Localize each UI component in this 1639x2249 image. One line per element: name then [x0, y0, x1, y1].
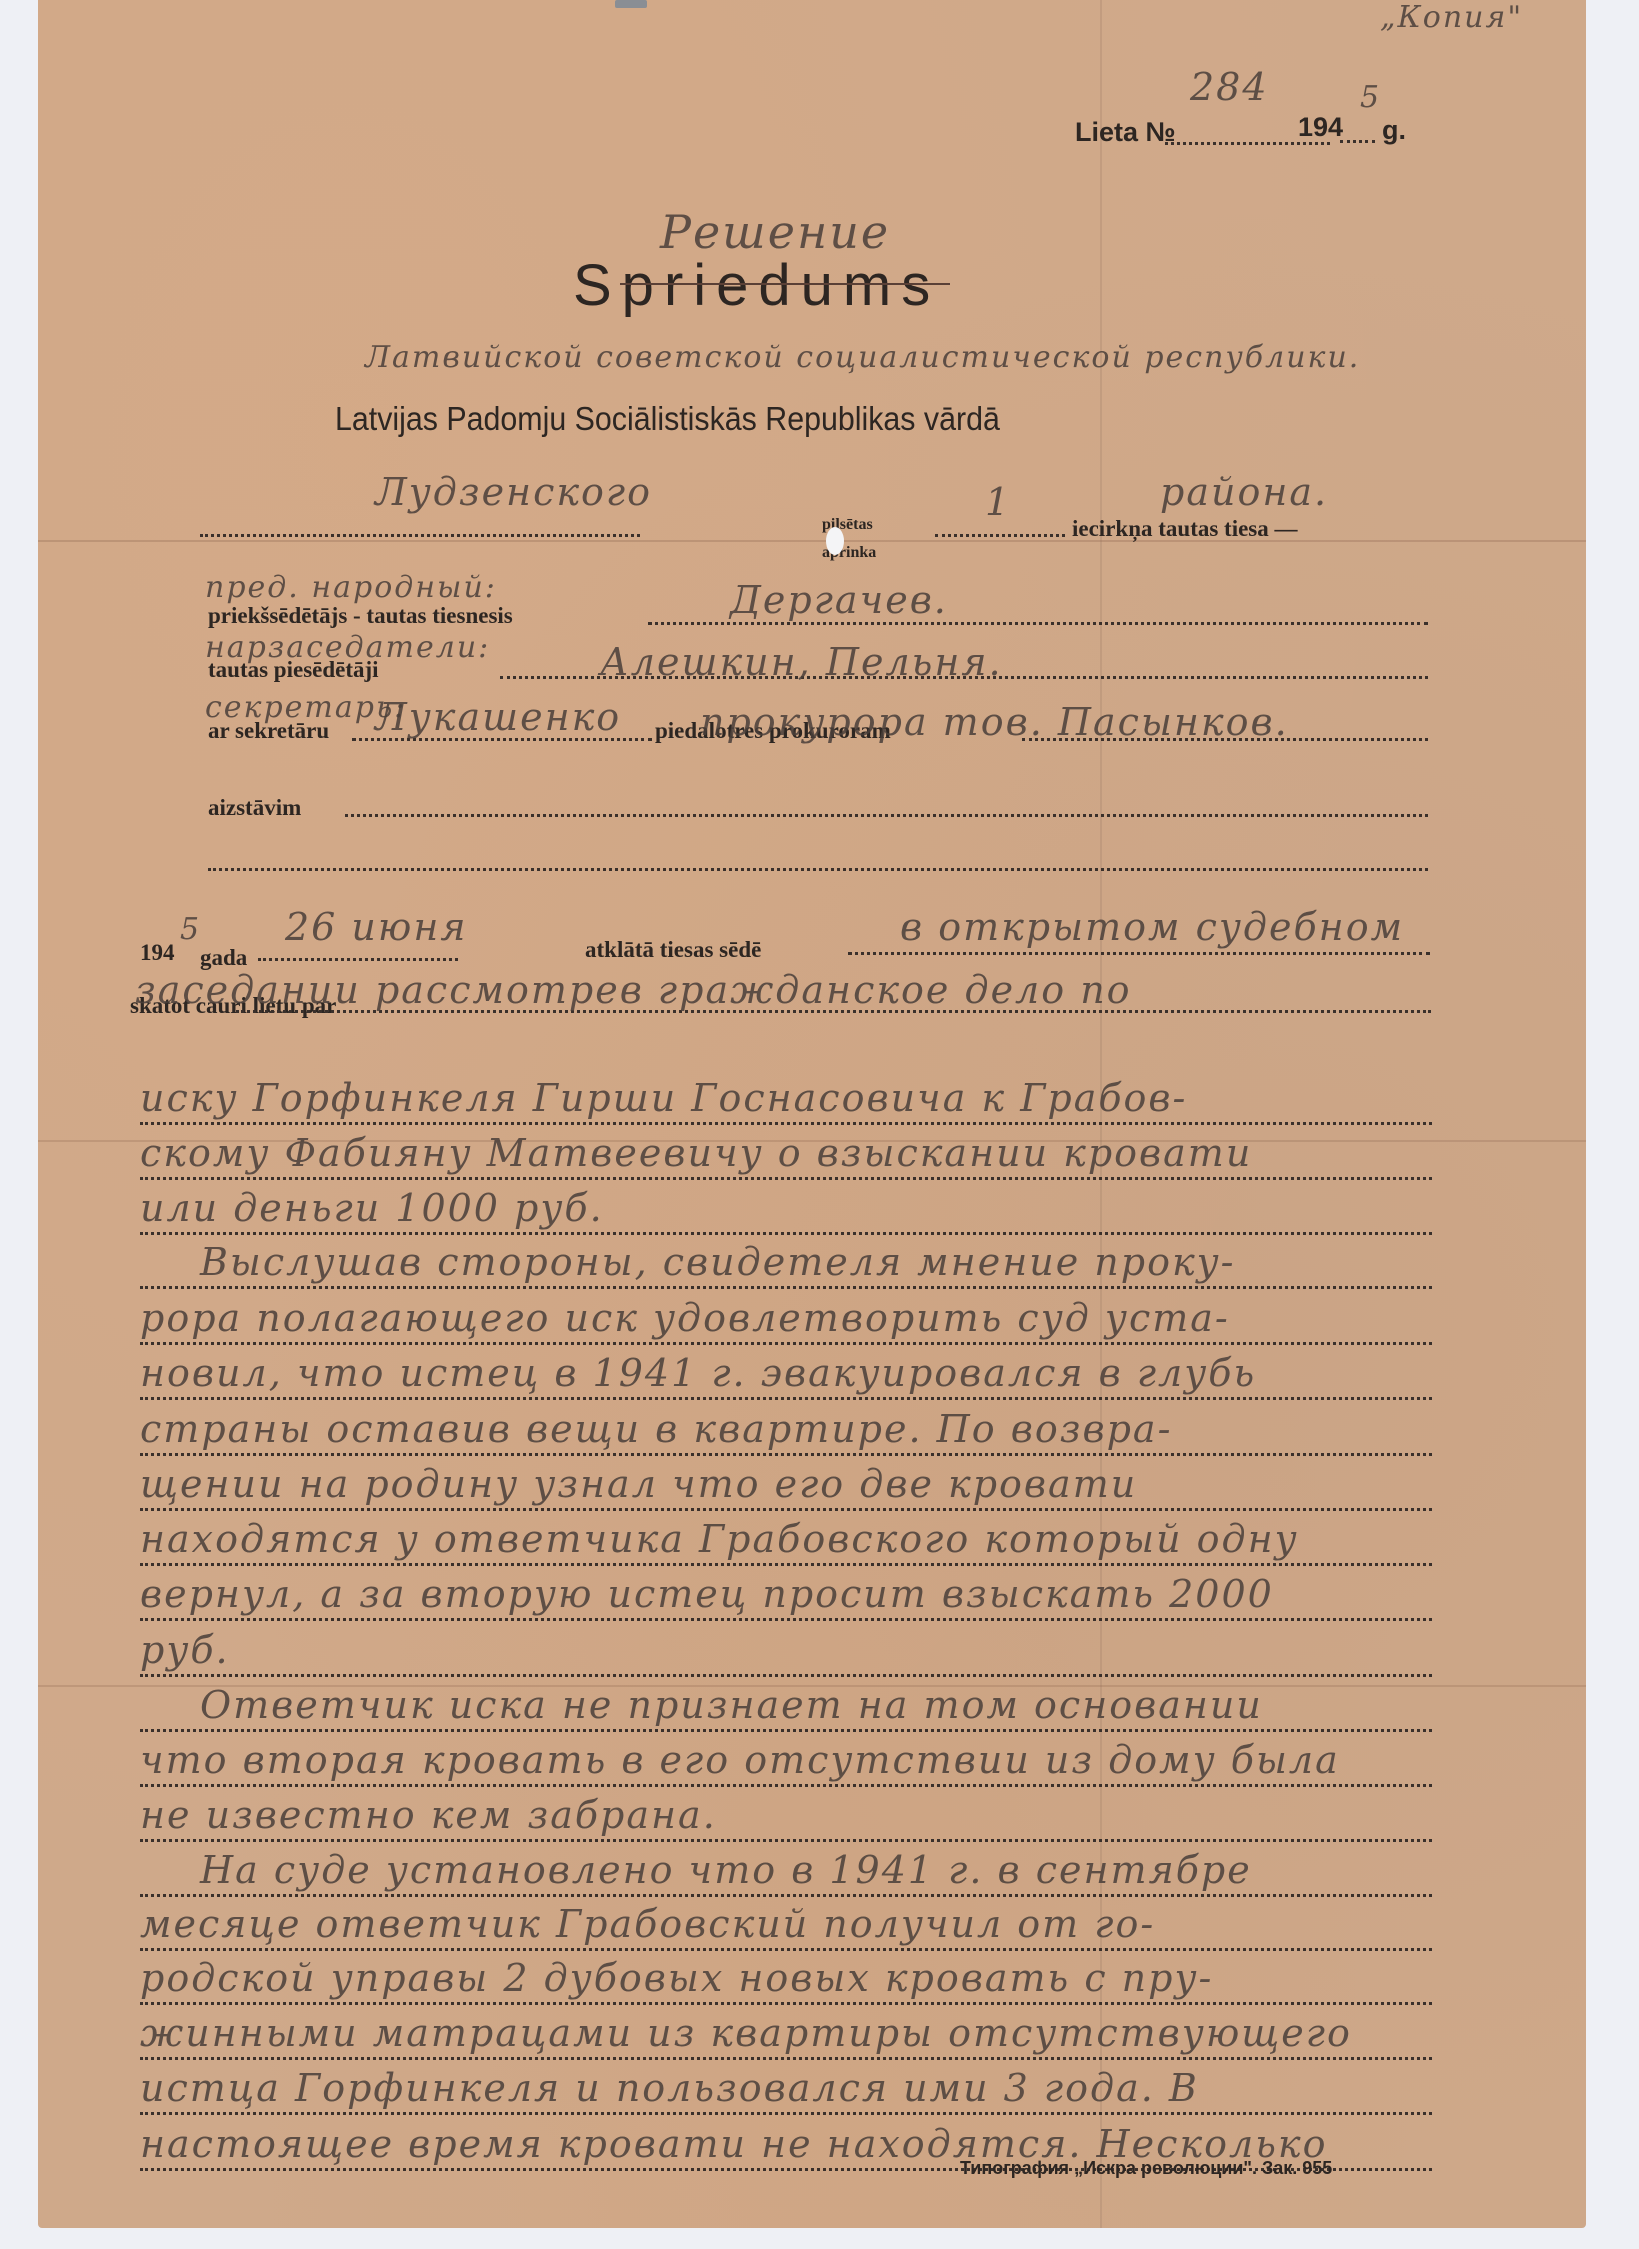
ruled-line [140, 1948, 1432, 1951]
ruled-line [140, 2002, 1432, 2005]
court-district-line [935, 534, 1065, 537]
handwritten-line: рора полагающего иск удовлетворить суд у… [140, 1296, 1230, 1340]
handwritten-line: или деньги 1000 руб. [140, 1186, 604, 1230]
court-city-line [200, 534, 640, 537]
session-year: 194 [140, 940, 175, 966]
handwritten-line: месяце ответчик Грабовский получил от го… [140, 1902, 1155, 1946]
page-title: Spriedums [573, 252, 940, 319]
court-district-no: 1 [985, 480, 1011, 524]
ruled-line [140, 1894, 1432, 1897]
handwritten-line: скому Фабияну Матвеевичу о взыскании кро… [140, 1131, 1252, 1175]
handwritten-line: Ответчик иска не признает на том основан… [200, 1683, 1263, 1727]
authority-printed: Latvijas Padomju Sociālistiskās Republik… [335, 400, 1000, 438]
open-session-line [848, 952, 1430, 955]
blank-line [208, 868, 1428, 871]
title-strikethrough [620, 283, 950, 285]
chairman-label: priekšsēdētājs - tautas tiesnesis [208, 603, 513, 629]
assessors-names: Алешкин, Пельня. [600, 640, 1003, 684]
ruled-line [140, 1508, 1432, 1511]
ruled-line [140, 1563, 1432, 1566]
ruled-line [140, 1342, 1432, 1345]
session-date-line [258, 958, 458, 961]
ruled-line [140, 1729, 1432, 1732]
title-handwritten: Решение [660, 205, 890, 259]
court-district: района. [1160, 470, 1328, 514]
ruled-line [140, 1232, 1432, 1235]
ruled-line [140, 1784, 1432, 1787]
fold-crease [38, 540, 1586, 542]
case-about-handwritten: заседании рассмотрев гражданское дело по [135, 968, 1132, 1012]
session-date: 26 июня [285, 905, 468, 949]
session-year-digit: 5 [180, 912, 201, 947]
ruled-line [140, 1453, 1432, 1456]
ruled-line [140, 1839, 1432, 1842]
authority-handwritten: Латвийской советской социалистической ре… [365, 340, 1360, 375]
handwritten-line: родской управы 2 дубовых новых кровать с… [140, 1956, 1213, 2000]
handwritten-line: вернул, а за вторую истец просит взыскат… [140, 1572, 1274, 1616]
handwritten-line: находятся у ответчика Грабовского которы… [140, 1517, 1299, 1561]
handwritten-line: страны оставив вещи в квартире. По возвр… [140, 1407, 1172, 1451]
copy-mark: „Копия" [1380, 0, 1523, 35]
ruled-line [140, 1618, 1432, 1621]
open-session-handwritten: в открытом судебном [900, 905, 1404, 949]
punch-hole [826, 527, 844, 555]
chairman-label-handwritten: пред. народный: [205, 570, 497, 605]
handwritten-line: новил, что истец в 1941 г. эвакуировался… [140, 1351, 1256, 1395]
case-number-label: Lieta № [1075, 117, 1176, 148]
ruled-line [140, 1674, 1432, 1677]
ruled-line [140, 1122, 1432, 1125]
printer-imprint: Типография „Искра революции". Зак. 955 [960, 2158, 1332, 2179]
defender-line [345, 814, 1428, 817]
chairman-name: Дергачев. [730, 578, 948, 622]
ruled-line [140, 1177, 1432, 1180]
year-suffix: g. [1382, 115, 1406, 146]
handwritten-line: руб. [140, 1628, 230, 1672]
handwritten-line: иску Горфинкеля Гирши Госнасовича к Граб… [140, 1076, 1187, 1120]
year-prefix: 194 [1298, 112, 1343, 143]
staple [615, 0, 647, 8]
chairman-line [648, 622, 1428, 625]
case-number-handwritten: 284 [1190, 65, 1269, 109]
ruled-line [140, 1286, 1432, 1289]
handwritten-line: истца Горфинкеля и пользовался ими 3 год… [140, 2066, 1199, 2110]
handwritten-line: щении на родину узнал что его две кроват… [140, 1462, 1137, 1506]
assessors-label: tautas piesēdētāji [208, 657, 379, 683]
court-city-handwritten: Лудзенского [375, 470, 652, 514]
handwritten-line: На суде установлено что в 1941 г. в сент… [200, 1848, 1252, 1892]
ruled-line [140, 2057, 1432, 2060]
secretary-name: Лукашенко [375, 695, 621, 739]
court-label: iecirkņa tautas tiesa — [1072, 516, 1298, 542]
handwritten-line: Выслушав стороны, свидетеля мнение проку… [200, 1240, 1236, 1284]
handwritten-line: что вторая кровать в его отсутствии из д… [140, 1738, 1340, 1782]
handwritten-line: не известно кем забрана. [140, 1793, 717, 1837]
open-session-label: atklātā tiesas sēdē [585, 937, 761, 963]
year-line [1340, 140, 1375, 143]
defender-label: aizstāvim [208, 795, 301, 821]
handwritten-line: жинными матрацами из квартиры отсутствую… [140, 2011, 1352, 2055]
ruled-line [140, 1397, 1432, 1400]
prosecutor-name: прокурора тов. Пасынков. [700, 700, 1289, 744]
year-digit-handwritten: 5 [1360, 80, 1381, 115]
ruled-line [140, 2112, 1432, 2115]
secretary-label: ar sekretāru [208, 718, 329, 744]
